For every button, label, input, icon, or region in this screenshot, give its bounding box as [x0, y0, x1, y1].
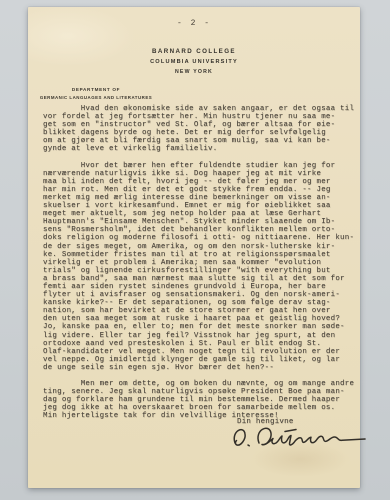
- scanned-letter-page-2: - 2 - BARNARD COLLEGE COLUMBIA UNIVERSIT…: [0, 0, 390, 500]
- department-of-label: DEPARTMENT OF: [32, 87, 160, 92]
- department-name: GERMANIC LANGUAGES AND LITERATURES: [32, 95, 160, 100]
- paragraph-3: Men mer om dette, og om boken du nævnte,…: [43, 380, 356, 420]
- letterhead: BARNARD COLLEGE COLUMBIA UNIVERSITY NEW …: [28, 48, 360, 75]
- department-block: DEPARTMENT OF GERMANIC LANGUAGES AND LIT…: [32, 87, 160, 100]
- paragraph-1: Hvad den økonomiske side av saken angaar…: [43, 105, 356, 154]
- handwritten-signature: [221, 420, 369, 456]
- letter-body: Hvad den økonomiske side av saken angaar…: [43, 105, 356, 420]
- paragraph-2: Hvor det bærer hen efter fuldendte studi…: [43, 162, 356, 372]
- page-number: - 2 -: [28, 19, 360, 28]
- letterhead-university: COLUMBIA UNIVERSITY: [28, 59, 360, 65]
- letterhead-college: BARNARD COLLEGE: [28, 48, 360, 55]
- letter-paper: - 2 - BARNARD COLLEGE COLUMBIA UNIVERSIT…: [28, 7, 360, 488]
- letterhead-city: NEW YORK: [28, 69, 360, 75]
- signature-ink-icon: [221, 420, 369, 456]
